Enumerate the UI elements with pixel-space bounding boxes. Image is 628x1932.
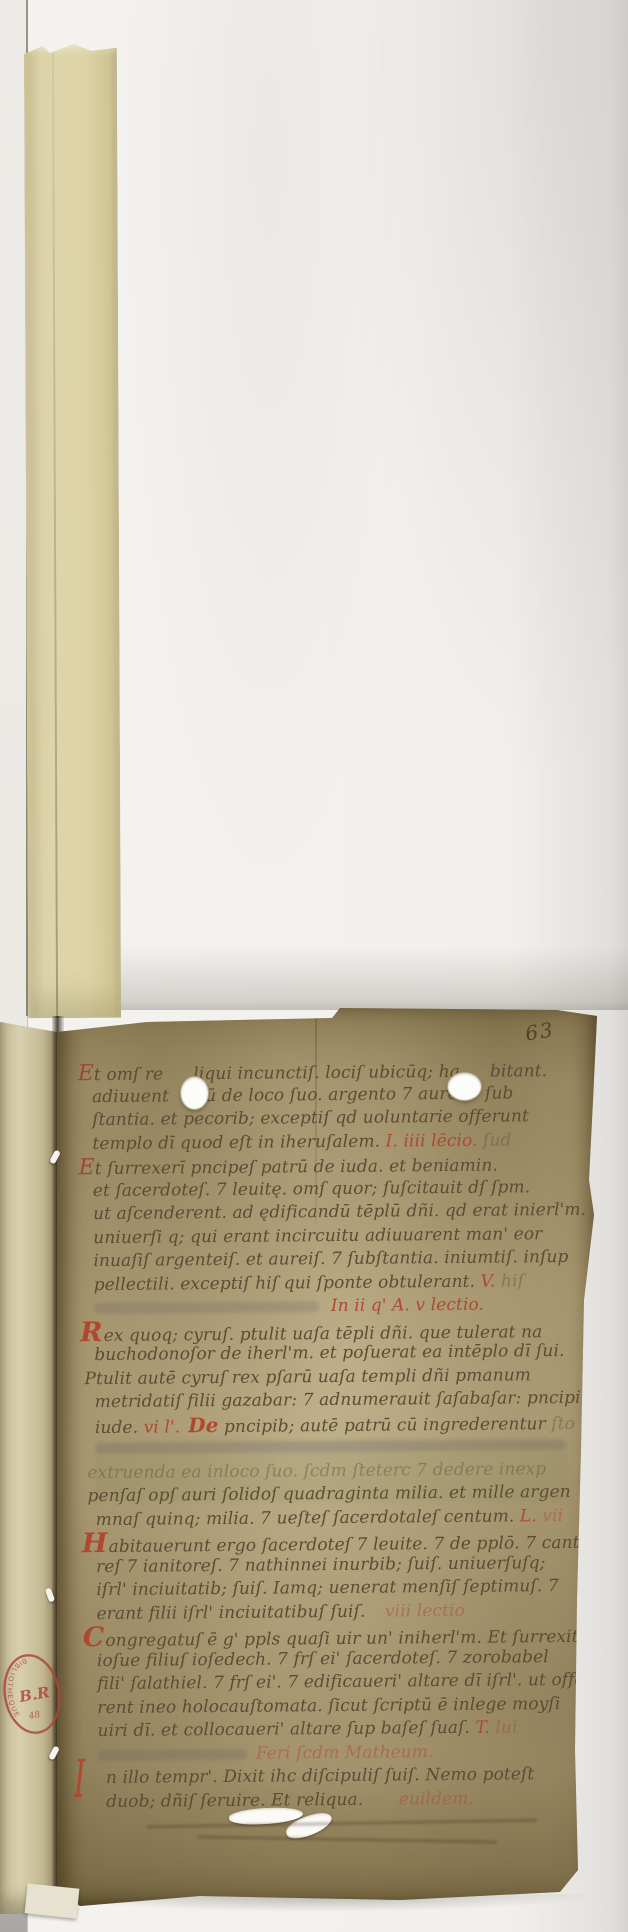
text-gap bbox=[319, 1310, 331, 1311]
text-line: iſrl' inciuitatib; ſuiſ. Iamq; uenerat m… bbox=[82, 1575, 587, 1603]
text-segment: templo dī quod eſt in iheruſalem. bbox=[92, 1131, 385, 1154]
text-segment: reſ 7 ianitoreſ. 7 nathinnei inurbib; ſu… bbox=[96, 1553, 546, 1577]
text-segment: V. bbox=[480, 1271, 495, 1291]
text-segment: liqui incunctiſ. lociſ ubicūq; ha bbox=[193, 1062, 460, 1084]
text-segment: uiri dī. et collocaueri' altare ſup baſe… bbox=[97, 1718, 475, 1741]
erased-text-smudge bbox=[94, 1301, 319, 1314]
text-segment: T. bbox=[475, 1718, 490, 1738]
text-segment: vi l'. bbox=[144, 1417, 181, 1437]
text-line: pellectili. exceptiſ hiſ qui ſponte obtu… bbox=[80, 1269, 585, 1297]
parchment-fold-tab bbox=[25, 1883, 80, 1918]
text-segment: E bbox=[79, 1155, 95, 1180]
text-segment: H bbox=[82, 1528, 108, 1559]
folio-number: 63 bbox=[524, 1013, 587, 1044]
stamp-number: 48 bbox=[27, 1710, 41, 1722]
text-segment: viii lectio bbox=[385, 1600, 465, 1621]
text-segment: vii bbox=[537, 1506, 563, 1526]
text-segment: buchodonoſor de iherl'm. et poſuerat ea … bbox=[94, 1341, 564, 1365]
text-segment: bitant. bbox=[490, 1061, 547, 1081]
text-segment: ſto bbox=[551, 1413, 575, 1433]
text-segment: metridatiſ filii gazabar: 7 adnumerauit … bbox=[95, 1388, 581, 1412]
punch-hole bbox=[180, 1076, 209, 1110]
erased-text-smudge bbox=[98, 1748, 248, 1760]
text-segment: fili' ſalathiel. 7 frſ ei'. 7 edificauer… bbox=[97, 1670, 585, 1694]
text-segment: lui bbox=[490, 1717, 518, 1737]
text-line: duob; dñiſ ſeruire. Et reliqua. euildem. bbox=[84, 1786, 589, 1814]
text-segment: euildem. bbox=[399, 1788, 474, 1809]
text-segment: Feri ſcdm Matheum. bbox=[256, 1742, 434, 1764]
text-segment: n illo tempr'. Dixit ihc diſcipuliſ ſuiſ… bbox=[106, 1764, 534, 1788]
text-segment: ſtantia. et pecorib; exceptiſ qd uolunta… bbox=[92, 1106, 529, 1130]
text-segment: Ptulit autē cyruſ rex pſarū uaſa templi … bbox=[84, 1365, 531, 1389]
gospel-drop-initial: I bbox=[74, 1754, 85, 1806]
stamp-center-text: B.R bbox=[17, 1683, 51, 1706]
text-segment: De bbox=[188, 1413, 218, 1437]
stain-streak bbox=[197, 1835, 497, 1843]
text-segment: hiſ bbox=[495, 1271, 524, 1291]
text-segment: pellectili. exceptiſ hiſ qui ſponte obtu… bbox=[94, 1271, 481, 1294]
text-segment: I. iiii lēcio. bbox=[386, 1130, 478, 1151]
facing-page-edge bbox=[0, 1008, 57, 1914]
text-segment: duob; dñiſ ſeruire. Et reliqua. bbox=[106, 1789, 369, 1811]
erased-text-smudge bbox=[95, 1439, 565, 1454]
text-segment: In ii q' A. v lectio. bbox=[331, 1295, 484, 1316]
text-gap bbox=[248, 1757, 256, 1758]
text-gap bbox=[371, 1615, 385, 1616]
text-gap bbox=[369, 1803, 399, 1804]
text-line: n illo tempr'. Dixit ihc diſcipuliſ ſuiſ… bbox=[84, 1763, 589, 1791]
text-segment: R bbox=[80, 1317, 103, 1348]
punch-hole bbox=[447, 1072, 482, 1101]
photograph-canvas: 63 Et omſ reliqui incunctiſ. lociſ ubicū… bbox=[0, 0, 628, 1932]
text-segment: t omſ re bbox=[94, 1064, 163, 1085]
text-segment: C bbox=[83, 1622, 105, 1653]
parchment-guard-strip bbox=[24, 44, 121, 1018]
text-segment: ioſue filiuſ ioſedech. 7 frſ ei' ſacerdo… bbox=[97, 1647, 549, 1671]
text-segment: adiuuent bbox=[92, 1086, 169, 1107]
text-line: templo dī quod eſt in iheruſalem. I. iii… bbox=[78, 1128, 583, 1156]
text-segment: uniuerſi q; qui erant incircuitu adiuuar… bbox=[93, 1224, 542, 1248]
strip-crease bbox=[52, 44, 58, 1018]
manuscript-text-block: Et omſ reliqui incunctiſ. lociſ ubicūq; … bbox=[78, 1058, 590, 1814]
text-segment: et ſacerdoteſ. 7 leuitę. omſ quor; ſuſci… bbox=[93, 1177, 531, 1201]
text-segment: erant filii iſrl' inciuitatibuſ ſuiſ. bbox=[96, 1601, 371, 1623]
text-segment: iſrl' inciuitatib; ſuiſ. Iamq; uenerat m… bbox=[96, 1576, 559, 1600]
text-segment: t ſurrexerī pncipeſ patrū de iuda. et be… bbox=[95, 1156, 498, 1180]
text-segment: mnaſ quinq; milia. 7 ueſteſ ſacerdotaleſ… bbox=[96, 1506, 520, 1530]
text-segment: ut aſcenderent. ad ędificandū tēplū dñi.… bbox=[93, 1200, 586, 1224]
text-line: uiri dī. et collocaueri' altare ſup baſe… bbox=[83, 1716, 588, 1744]
text-segment: iude. bbox=[95, 1417, 144, 1437]
text-segment: ſud bbox=[477, 1130, 511, 1150]
manuscript-page: 63 Et omſ reliqui incunctiſ. lociſ ubicū… bbox=[57, 1002, 600, 1914]
text-segment: inuaſiſ argenteiſ. et aureiſ. 7 ſubſtant… bbox=[93, 1247, 568, 1271]
text-segment: L. bbox=[520, 1506, 537, 1526]
text-segment: rent ineo holocauſtomata. ſicut ſcriptū … bbox=[97, 1694, 560, 1718]
stain-streak bbox=[147, 1819, 537, 1829]
text-segment: penſaſ opſ auri ſolidoſ quadraginta mili… bbox=[87, 1482, 570, 1506]
text-segment: E bbox=[78, 1061, 94, 1086]
text-segment: extruenda ea inloco ſuo. ſcdm ſteterc 7 … bbox=[87, 1459, 546, 1483]
text-segment: pncipib; autē patrū cū ingrederentur bbox=[218, 1414, 551, 1437]
